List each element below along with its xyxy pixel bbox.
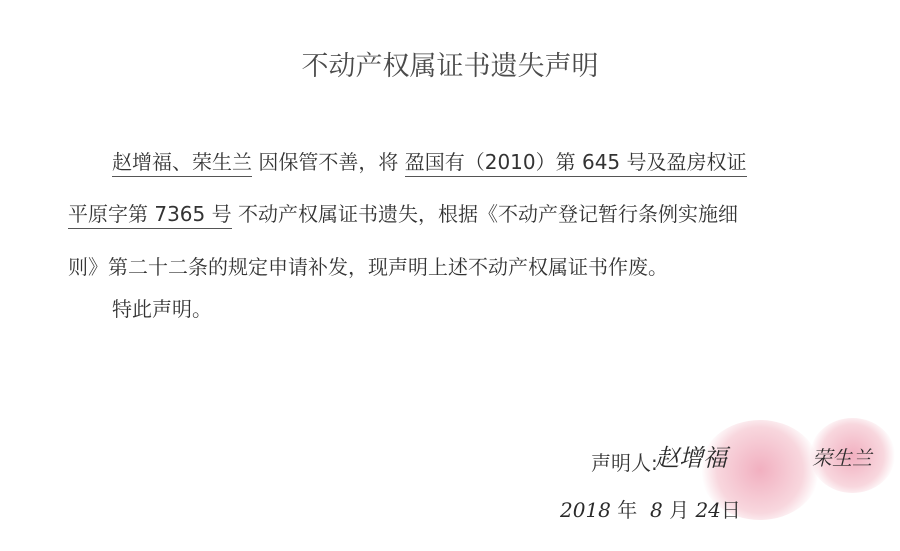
date-day: 24 [695, 498, 720, 522]
paragraph-line-2: 平原字第 7365 号 不动产权属证书遗失，根据《不动产登记暂行条例实施细 [68, 198, 738, 227]
declarant-label: 声明人: [591, 447, 658, 476]
date-month: 8 [650, 498, 663, 522]
day-label: 日 [721, 498, 741, 522]
signature-2: 荣生兰 [812, 442, 872, 471]
month-label: 月 [669, 498, 689, 522]
certificate-number-part2: 平原字第 7365 号 [68, 202, 232, 229]
date-line: 2018 年 8 月 24日 [560, 494, 741, 523]
paragraph-line-1: 赵增福、荣生兰 因保管不善，将 盈国有（2010）第 645 号及盈房权证 [112, 146, 747, 175]
document-title: 不动产权属证书遗失声明 [0, 44, 900, 83]
year-label: 年 [617, 498, 637, 522]
paragraph-line-3: 则》第二十二条的规定申请补发，现声明上述不动产权属证书作废。 [68, 251, 668, 280]
date-year: 2018 [560, 498, 611, 522]
declarant-names: 赵增福、荣生兰 [112, 150, 252, 177]
certificate-number-part1: 盈国有（2010）第 645 号及盈房权证 [405, 150, 747, 177]
signature-1: 赵增福 [655, 438, 727, 473]
reason-text: 因保管不善，将 [258, 150, 398, 174]
loss-text: 不动产权属证书遗失，根据《不动产登记暂行条例实施细 [238, 202, 738, 226]
closing-text: 特此声明。 [112, 293, 212, 322]
